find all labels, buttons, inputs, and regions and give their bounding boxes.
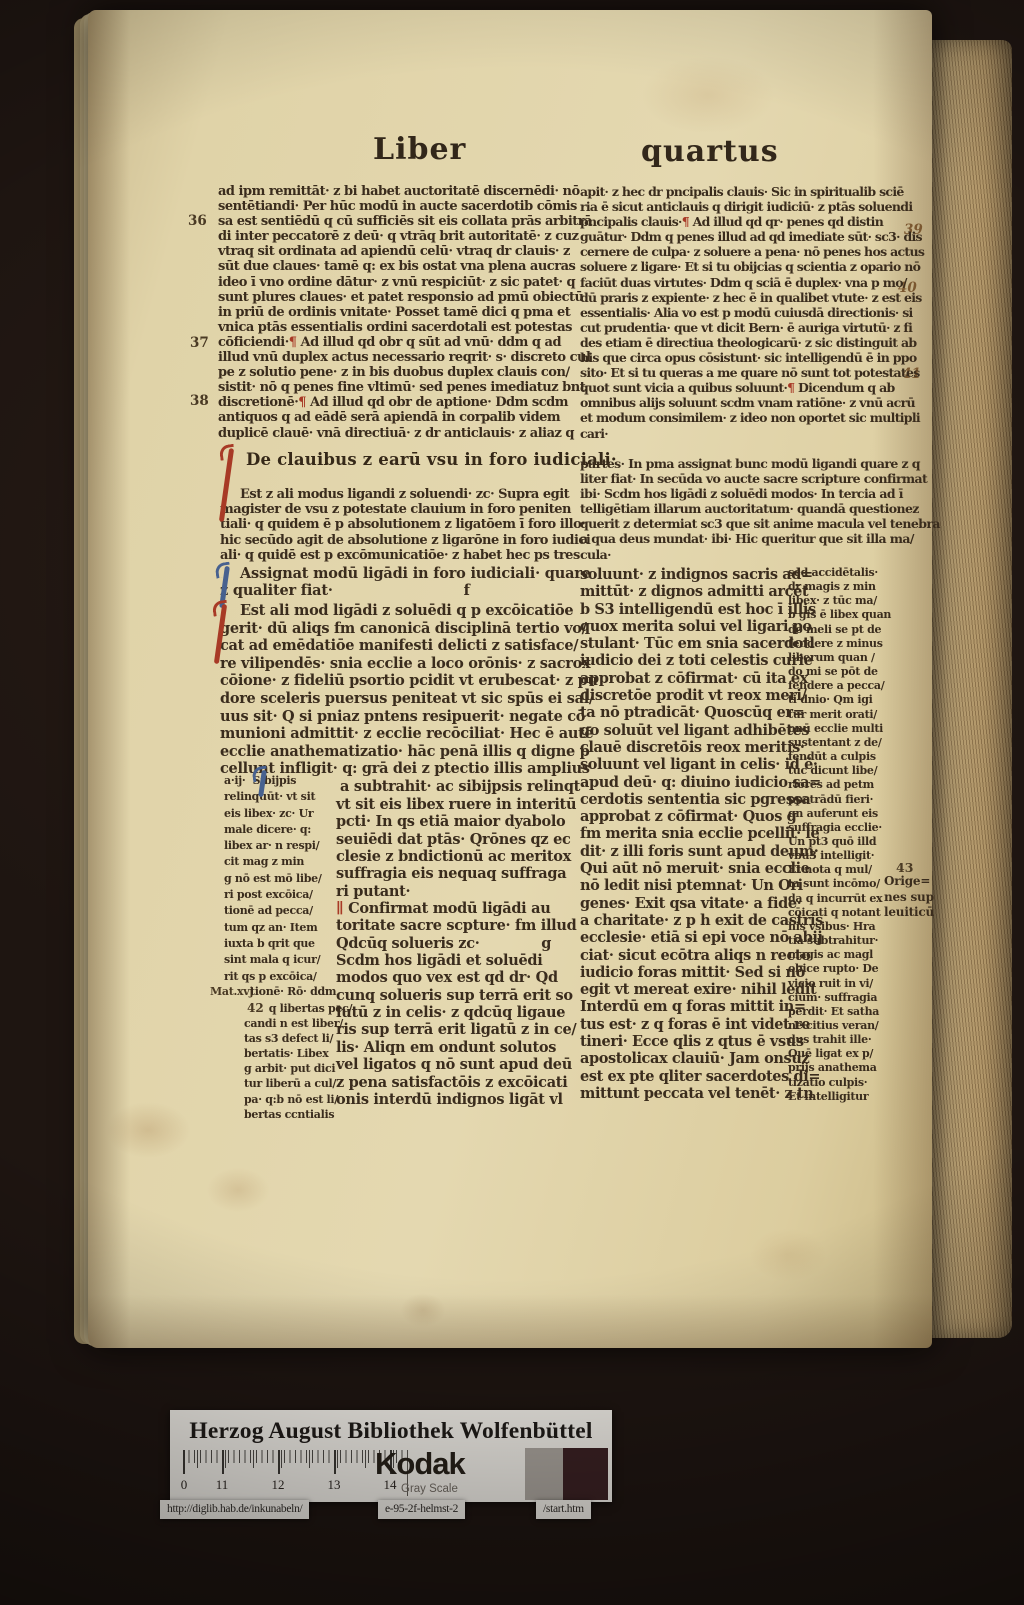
text-line: tūc dicunt libe/ [788,764,894,778]
text-line: dus trahit ille· [788,1033,894,1047]
text-line: liter fiat· In secūda vo aucte sacre scr… [580,471,902,486]
text-line: iudicio foras mittit· Sed si nō [580,964,794,981]
text-line: cerdotis sententia sic pgressa [580,791,794,808]
ruler-label: 12 [272,1477,285,1493]
library-label-strip: Herzog August Bibliothek Wolfenbüttel 0 … [170,1410,612,1502]
right-column-main-text: soluunt· z indignos sacris ad=mittūt· z … [580,566,794,1102]
text-line: tineri· Ecce qlis z qtus ē vsus [580,1033,794,1050]
text-line: Orige= [884,874,934,890]
text-line: vtraq sit ordinata ad apiendū celū· vtra… [218,244,580,259]
running-title-liber: Liber [373,132,466,167]
rubric-paraph-mark: ¶ [787,380,794,395]
text-line: mittūt· z dignos admitti arcēt [580,583,794,600]
text-line: a charitate· z p h exit de castris [580,912,794,929]
text-line: ciat· sicut ecōtra aliqs n recto [580,947,794,964]
text-line: perdit· Et satha [788,1005,894,1019]
centimeter-ruler: 0 11 12 13 14 [178,1450,408,1500]
text-line: telligētiam illarum auctoritatum· quandā… [580,501,902,516]
text-line: vel ligatos q nō sunt apud deū [336,1056,578,1073]
text-line: dū praris z expiente· z hec ē in qualibe… [580,290,902,305]
text-line: soluere z ligare· Et si tu obijcias q sc… [580,259,902,274]
text-line: antiquos q ad eādē serā apiendā in corpa… [218,410,580,425]
ruler-label: 11 [216,1477,229,1493]
gray-scale-patch-light [525,1448,563,1500]
text-line: suffragia ecclie· [788,821,894,835]
text-line: libex ar· n respi/ [224,838,338,854]
text-line: partes· In pma assignat bunc modū ligand… [580,456,902,471]
text-line: ris sup terrā erit ligatū z in ce/ [336,1021,578,1038]
text-line: ne citius veran/ [788,1019,894,1033]
text-line: tizatio culpis· [788,1076,894,1090]
ruler-major-tick [334,1450,336,1474]
margin-number-38: 38 [190,393,209,409]
text-line: ria ē sicut anticlauis q dirigit iudiciū… [580,199,902,214]
text-line: go soluūt vel ligant adhibētes [580,722,794,739]
left-margin-gloss-line: tionē· Rō· ddm [250,985,336,998]
text-line: dore sceleris puersus peniteat vt sic sp… [220,690,578,708]
running-title-quartus: quartus [641,134,779,169]
text-line: ibi· Scdm hos ligādi z soluēdi modos· In… [580,486,902,501]
margin-number-43: 43 [896,860,913,875]
text-line: soluunt vel ligant in celis· id ē· [580,756,794,773]
left-column-inner-text: vt sit eis libex ruere in interitūpcti· … [336,796,578,1108]
text-line: a qua deus mundat· ibi· Hic queritur que… [580,531,902,546]
text-line: vt sit eis libex ruere in interitū [336,796,578,813]
text-line: modos quo vex est qd dr· Qd [336,969,578,986]
text-line: fendere a pecca/ [788,679,894,693]
text-line: mittunt peccata vel tenēt· z tn [580,1085,794,1102]
text-line: vnica ptās essentialis ordini sacerdotal… [218,320,580,335]
text-line: tur merit orati/ [788,708,894,722]
text-line: egit vt mereat exire· nihil ledit [580,981,794,998]
url-label-right: /start.htm [536,1500,591,1519]
text-line: liberum quan / [788,651,894,665]
text-line: da q incurrūt ex [788,892,894,906]
text-line: sa est sentiēdū q cū sufficiēs sit eis c… [218,214,580,229]
text-line: illud vnū duplex actus necessario reqrit… [218,350,580,365]
photograph-of-incunabulum: { "scene": { "backdrop_color": "#1e1511"… [0,0,1024,1605]
margin-number-37: 37 [190,335,209,351]
ruler-half-ticks [183,1450,407,1468]
text-line: est ex pte qliter sacerdotes di= [580,1068,794,1085]
text-line: discretionē·¶ Ad illud qd obr de aptione… [218,395,580,410]
text-line: ideo ī vno ordine dātur· z vnū respiciūt… [218,275,580,290]
url-label-middle: e-95-2f-helmst-2 [378,1500,465,1519]
text-line: leuiticū [884,905,934,921]
text-line: tus est· z q foras ē int videt re [580,1016,794,1033]
text-line: querit z determiat sc3 que sit anime mac… [580,516,902,531]
text-line: sed accidētalis· [788,566,894,580]
text-line: his vsibus· Hra [788,920,894,934]
text-line: libex· z tūc ma/ [788,594,894,608]
text-line: hic secūdo agit de absolutione z ligarōn… [220,533,580,548]
text-line: pcti· In qs etiā maior dyabolo [336,813,578,830]
right-margin-gloss: sed accidētalis·dr magis z minlibex· z t… [788,566,894,1104]
text-line: b gis ē libex quan [788,608,894,622]
text-line: apostolicax clauiū· Jam onsuz [580,1050,794,1067]
text-line: faciūt duas virtutes· Ddm q sciā ē duple… [580,275,902,290]
text-line: magis ac magl [788,948,894,962]
text-line: pe z solutio pene· z in bis duobus duple… [218,365,580,380]
text-line: g nō est mō libe/ [224,871,338,887]
text-line: qn auferunt eis [788,807,894,821]
text-line: obice rupto· De [788,962,894,976]
text-line: stulant· Tūc em snia sacerdotl [580,635,794,652]
text-line: Interdū em q foras mittit in= [580,998,794,1015]
text-line: munioni admittit· z ecclie recōciliat· H… [220,725,578,743]
text-line: nō ledit nisi ptemnat· Un Ori [580,877,794,894]
text-line: tia subtrahitur· [788,934,894,948]
text-line: cari· [580,426,902,441]
text-line: sunt plures claues· et patet responsio a… [218,290,580,305]
text-line: magister de vsu z potestate clauium in f… [220,502,580,517]
text-line: onū ecclie multi [788,722,894,736]
text-line: cernere de culpa· z soluere a pena· nō p… [580,244,902,259]
text-line: ecclesie· etiā si epi voce nō abij [580,929,794,946]
text-line: Est z ali modus ligandi z soluendi· zc· … [220,487,580,502]
ruler-major-tick [183,1450,185,1474]
text-line: Qdcūq solueris zc· g [336,935,578,952]
text-line: fendūt a culpis [788,750,894,764]
text-line: cōione· z fideliū psortio pcidit vt erub… [220,672,578,690]
text-line: Scdm hos ligādi et soluēdi [336,952,578,969]
rubric-paraph-mark: ¶ [682,214,689,229]
text-line: duplicē clauē· vnā directiuā· z dr antic… [218,426,580,441]
text-line: dit· z illi foris sunt apud deum· [580,843,794,860]
ruler-major-tick [278,1450,280,1474]
text-line: suffragia eis nequaq suffraga [336,865,578,882]
rubric-paraph-mark: ∥ [336,900,343,917]
text-line: seuiēdi dat ptās· Qrōnes qz ec [336,831,578,848]
text-line: guātur· Ddm q penes illud ad qd imediate… [580,229,902,244]
text-line: cōficiendi·¶ Ad illud qd obr q sūt ad vn… [218,335,580,350]
text-line: uus sit· Q si pniaz pntens resipuerit· n… [220,708,578,726]
text-line: cit mag z min [224,854,338,870]
text-line: a·ij· Sibijpis [224,773,338,789]
rubric-paraph-mark: ¶ [298,395,306,410]
text-line: Est ali mod ligādi z soluēdi q p excōica… [220,602,578,620]
text-line: do meli se pt de [788,623,894,637]
text-line: approbat z cōfirmat· Quos g [580,808,794,825]
text-line: re vilipendēs· snia ecclie a loco orōnis… [220,655,578,673]
left-column-block3: Est ali mod ligādi z soluēdi q p excōica… [220,602,578,778]
text-line: sustentant z de/ [788,736,894,750]
text-line: sistit· nō q penes fine vltimū· sed pene… [218,380,580,395]
text-line: ppetrādū fieri· [788,793,894,807]
text-line: ri post excōica/ [224,887,338,903]
text-line: Assignat modū ligādi in foro iudiciali· … [220,566,591,583]
kodak-wordmark: Kodak [375,1446,465,1482]
section-heading-de-clavibus: De clauibus z earū vsu in foro iudiciali… [246,450,617,469]
right-margin-origenes-note: Orige=nes supleuiticū [884,874,934,921]
text-line: Qui aūt nō meruit· snia ecclie [580,860,794,877]
text-line: ta nō ptradicāt· Quoscūq er= [580,704,794,721]
text-line: quot sunt vicia a quibus soluunt·¶ Dicen… [580,380,902,395]
text-line: z pena satisfactōis z excōicati [336,1074,578,1091]
text-line: cōicati q notant [788,906,894,920]
left-column-block2: Est z ali modus ligandi z soluendi· zc· … [220,487,580,563]
text-line: cula· [580,547,902,562]
text-line: ad ipm remittāt· z bi habet auctoritatē … [218,184,580,199]
text-line: ecclie anathematizatio· hāc penā illis q… [220,743,578,761]
text-line: tiali· q quidem ē p absolutionem z ligat… [220,517,580,532]
text-line: fendere z minus [788,637,894,651]
text-line: ti dnio· Qm igi [788,693,894,707]
text-line: quox merita solui vel ligari po [580,618,794,635]
text-line: b S3 intelligendū est hoc ī illis [580,601,794,618]
text-line: do mi se pōt de [788,665,894,679]
text-line: lutū z in celis· z qdcūq ligaue [336,1004,578,1021]
text-line: dr magis z min [788,580,894,594]
text-line: cunq solueris sup terrā erit so [336,987,578,1004]
left-column-block3-tail: a subtrahit· ac sibijpsis relinqt· [340,778,585,795]
text-line: ali· q quidē est p excōmunicatiōe· z hab… [220,548,580,563]
text-line: clauē discretōis reox meritis· [580,739,794,756]
text-line: Et nota q mul/ [788,863,894,877]
right-column-block1: apit· z hec dr pncipalis clauis· Sic in … [580,184,902,441]
text-line: vbu3 intelligit· [788,849,894,863]
text-line: fm merita snia ecclie pcellit· le [580,825,794,842]
text-line: riores ad petm [788,778,894,792]
ruler-major-tick [222,1450,224,1474]
rubric-paraph-mark: ¶ [289,335,297,350]
text-line: sūt due claues· tamē q: ex bis ostat vna… [218,259,580,274]
ruler-label: 13 [328,1477,341,1493]
text-line: pncipalis clauis·¶ Ad illud qd qr· penes… [580,214,902,229]
text-line: tionē ad pecca/ [224,903,338,919]
text-line: sint mala q icur/ [224,952,338,968]
text-line: discretōe prodit vt reox meri/ [580,687,794,704]
text-line: apud deū· q: diuino iudicio sa= [580,774,794,791]
text-line: prijs anathema [788,1061,894,1075]
text-line: sito· Et si tu queras a me quare nō sunt… [580,365,902,380]
text-line: clesie z bndictionū ac meritox [336,848,578,865]
text-line: essentialis· Alia vo est p modū cuiusdā … [580,305,902,320]
text-line: in priū de ordinis vnitate· Posset tamē … [218,305,580,320]
text-line: vicio ruit in vi/ [788,977,894,991]
text-line: z qualiter fiat· f [220,583,591,600]
text-line: approbat z cōfirmat· cū ita ex [580,670,794,687]
text-line: male dicere· q: [224,822,338,838]
manuscript-page: Liber quartus 36 37 38 39 40 41 42 43 Ma… [88,10,932,1348]
text-line: ta sunt incōmo/ [788,877,894,891]
text-line: cium· suffragia [788,991,894,1005]
text-line: des etiam ē directiua theologicarū· z si… [580,335,902,350]
left-column-block1: ad ipm remittāt· z bi habet auctoritatē … [218,184,580,441]
text-line: di inter peccatorē z deū· q vtrāq brit a… [218,229,580,244]
text-line: bertas ccntialis [244,1107,358,1122]
text-line: Quē ligat ex p/ [788,1047,894,1061]
gray-scale-caption: Gray Scale [401,1483,458,1495]
text-line: genes· Exit qsa vitate· a fide· [580,895,794,912]
ruler-label: 0 [181,1477,188,1493]
right-column-block2: partes· In pma assignat bunc modū ligand… [580,456,902,562]
text-line: apit· z hec dr pncipalis clauis· Sic in … [580,184,902,199]
text-line: omnibus alijs soluunt scdm vnam ratiōne·… [580,395,902,410]
text-line: eis libex· zc· Ur [224,806,338,822]
text-line: Un pt3 quō illd [788,835,894,849]
text-line: iudicio dei z toti celestis curie [580,652,794,669]
left-margin-gloss-upper: a·ij· Sibijpisrelinquūt· vt siteis libex… [224,773,338,985]
left-column-subheading: Assignat modū ligādi in foro iudiciali· … [220,566,591,599]
text-line: Et intelligitur [788,1090,894,1104]
text-line: toritate sacre scpture· fm illud [336,917,578,934]
text-line: rit qs p excōica/ [224,969,338,985]
text-line: iuxta b qrit que [224,936,338,952]
text-line: his que circa opus cōsistunt· sic intell… [580,350,902,365]
library-name: Herzog August Bibliothek Wolfenbüttel [170,1418,612,1445]
text-line: ri putant· [336,883,578,900]
text-line: ∥ Confirmat modū ligādi au [336,900,578,917]
margin-number-36: 36 [188,213,207,229]
text-line: cut prudentia· que vt dicit Bern· ē auri… [580,320,902,335]
text-line: soluunt· z indignos sacris ad= [580,566,794,583]
text-line: sentētiandi· Per hūc modū in aucte sacer… [218,199,580,214]
gray-scale-patch-dark [563,1448,608,1500]
text-line: gerit· dū aliqs fm canonicā disciplinā t… [220,620,578,638]
url-label-left: http://diglib.hab.de/inkunabeln/ [160,1500,309,1519]
book-fore-edge [920,40,1012,1338]
text-line: nes sup [884,890,934,906]
text-line: onis interdū indignos ligāt vl [336,1091,578,1108]
margin-citation-matthew: Mat.xvj [210,985,253,998]
text-line: cat ad emēdatiōe manifesti delicti z sat… [220,637,578,655]
text-line: relinquūt· vt sit [224,789,338,805]
text-line: tum qz an· Item [224,920,338,936]
text-line: et modum consimilem· z ideo non oportet … [580,410,902,425]
text-line: lis· Aliqn em ondunt solutos [336,1039,578,1056]
